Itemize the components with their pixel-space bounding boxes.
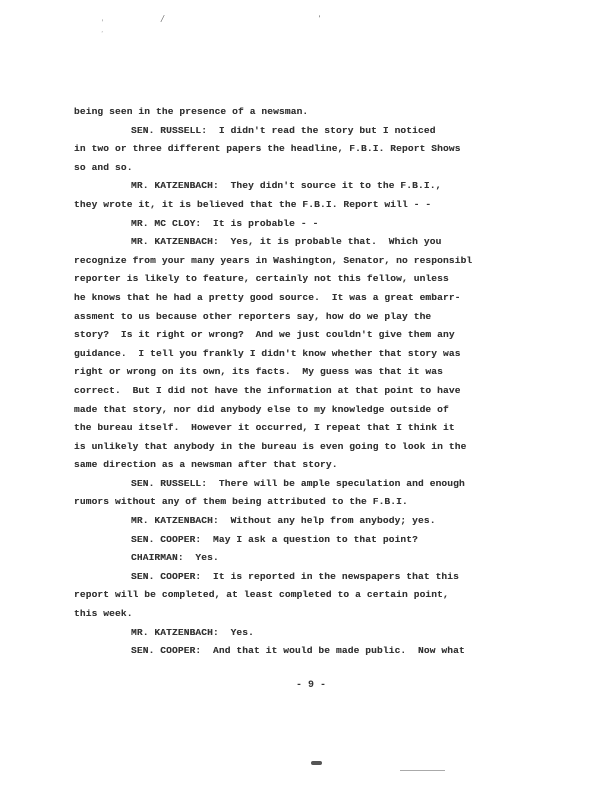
transcript-line: report will be completed, at least compl… — [74, 586, 554, 605]
stray-mark: ' — [101, 18, 103, 27]
transcript-line: being seen in the presence of a newsman. — [74, 103, 554, 122]
transcript-line: SEN. COOPER: May I ask a question to tha… — [74, 531, 554, 550]
transcript-line: CHAIRMAN: Yes. — [74, 549, 554, 568]
transcript-line: rumors without any of them being attribu… — [74, 493, 554, 512]
transcript-line: guidance. I tell you frankly I didn't kn… — [74, 345, 554, 364]
transcript-line: SEN. COOPER: And that it would be made p… — [74, 642, 554, 661]
transcript-line: SEN. RUSSELL: There will be ample specul… — [74, 475, 554, 494]
transcript-line: so and so. — [74, 159, 554, 178]
transcript-line: made that story, nor did anybody else to… — [74, 401, 554, 420]
transcript-line: MR. KATZENBACH: They didn't source it to… — [74, 177, 554, 196]
document-page: ' / ' ' being seen in the presence of a … — [0, 0, 612, 791]
transcript-line: story? Is it right or wrong? And we just… — [74, 326, 554, 345]
transcript-line: in two or three different papers the hea… — [74, 140, 554, 159]
transcript-line: SEN. COOPER: It is reported in the newsp… — [74, 568, 554, 587]
stray-mark: ' — [318, 14, 320, 23]
transcript-line: SEN. RUSSELL: I didn't read the story bu… — [74, 122, 554, 141]
faint-rule — [400, 770, 445, 771]
stray-mark: / — [161, 14, 164, 25]
transcript-body: being seen in the presence of a newsman.… — [74, 103, 554, 661]
ink-smudge — [311, 761, 322, 765]
transcript-line: reporter is likely to feature, certainly… — [74, 270, 554, 289]
transcript-line: MR. KATZENBACH: Yes, it is probable that… — [74, 233, 554, 252]
transcript-line: same direction as a newsman after that s… — [74, 456, 554, 475]
stray-mark: ' — [101, 30, 103, 38]
transcript-line: MR. MC CLOY: It is probable - - — [74, 215, 554, 234]
transcript-line: correct. But I did not have the informat… — [74, 382, 554, 401]
transcript-line: right or wrong on its own, its facts. My… — [74, 363, 554, 382]
transcript-line: recognize from your many years in Washin… — [74, 252, 554, 271]
page-number: - 9 - — [0, 680, 612, 691]
transcript-line: this week. — [74, 605, 554, 624]
transcript-line: MR. KATZENBACH: Without any help from an… — [74, 512, 554, 531]
transcript-line: the bureau itself. However it occurred, … — [74, 419, 554, 438]
transcript-line: is unlikely that anybody in the bureau i… — [74, 438, 554, 457]
transcript-line: they wrote it, it is believed that the F… — [74, 196, 554, 215]
transcript-line: MR. KATZENBACH: Yes. — [74, 624, 554, 643]
transcript-line: he knows that he had a pretty good sourc… — [74, 289, 554, 308]
transcript-line: assment to us because other reporters sa… — [74, 308, 554, 327]
